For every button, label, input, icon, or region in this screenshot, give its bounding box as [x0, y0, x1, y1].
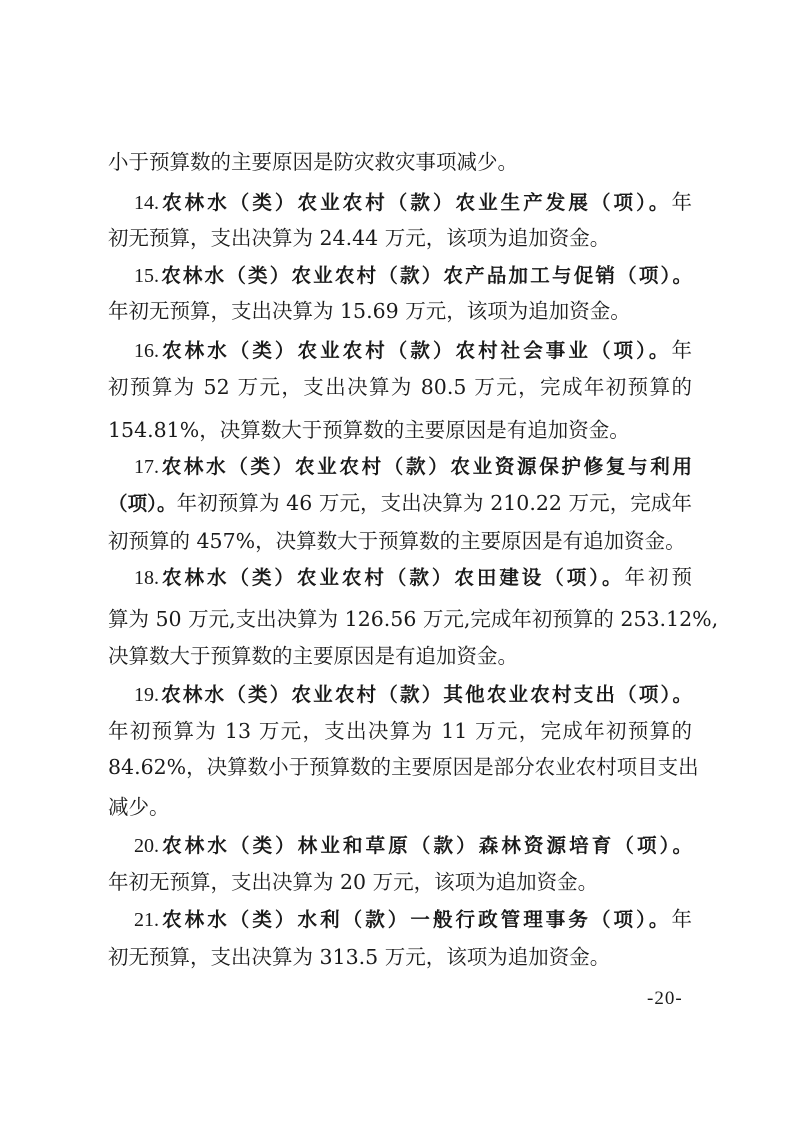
item-title: 农林水（类）农业农村（款）农业生产发展（项）。: [159, 191, 672, 214]
text: 决算数大于预算数的主要原因是有追加资金。: [108, 644, 518, 668]
item-17-heading: 17.农林水（类）农业农村（款）农业资源保护修复与利用: [134, 451, 692, 481]
item-21-heading: 21.农林水（类）水利（款）一般行政管理事务（项）。年: [134, 904, 692, 934]
item-19-body-2: 84.62%，决算数小于预算数的主要原因是部分农业农村项目支出: [108, 752, 692, 782]
text: 84.62%，决算数小于预算数的主要原因是部分农业农村项目支出: [108, 755, 699, 779]
text: 年初预: [625, 565, 692, 589]
text: 年初预算为 13 万元，支出决算为 11 万元，完成年初预算的: [108, 719, 692, 743]
item-18-heading: 18.农林水（类）农业农村（款）农田建设（项）。年初预: [134, 562, 692, 592]
text: 初预算为 52 万元，支出决算为 80.5 万元，完成年初预算的: [108, 375, 692, 399]
item-number: 16.: [134, 340, 159, 362]
item-title: 农林水（类）农业农村（款）其他农业农村支出（项）。: [159, 683, 692, 706]
item-number: 15.: [134, 265, 159, 287]
item-21-body: 初无预算，支出决算为 313.5 万元，该项为追加资金。: [108, 942, 692, 972]
text: 年初预算为 46 万元，支出决算为 210.22 万元，完成年: [177, 491, 692, 515]
text: 年: [672, 338, 693, 362]
item-title: 农林水（类）水利（款）一般行政管理事务（项）。: [159, 908, 672, 931]
text: 年: [672, 907, 693, 931]
item-number: 20.: [134, 835, 159, 857]
text: 年初无预算，支出决算为 15.69 万元，该项为追加资金。: [108, 299, 631, 323]
item-16-body-2: 154.81%，决算数大于预算数的主要原因是有追加资金。: [108, 415, 692, 445]
text: 初无预算，支出决算为 24.44 万元，该项为追加资金。: [108, 226, 610, 250]
item-17-body-2: 初预算的 457%，决算数大于预算数的主要原因是有追加资金。: [108, 526, 692, 556]
item-title: 农林水（类）林业和草原（款）森林资源培育（项）。: [159, 834, 692, 857]
text: 小于预算数的主要原因是防灾救灾事项减少。: [108, 150, 518, 174]
item-14-body: 初无预算，支出决算为 24.44 万元，该项为追加资金。: [108, 223, 692, 253]
item-15-body: 年初无预算，支出决算为 15.69 万元，该项为追加资金。: [108, 296, 692, 326]
item-18-body-1: 算为 50 万元,支出决算为 126.56 万元,完成年初预算的 253.12%…: [108, 604, 692, 634]
item-title: 农林水（类）农业农村（款）农田建设（项）。: [159, 566, 625, 589]
item-number: 21.: [134, 909, 159, 931]
text: 初预算的 457%，决算数大于预算数的主要原因是有追加资金。: [108, 529, 686, 553]
item-20-body: 年初无预算，支出决算为 20 万元，该项为追加资金。: [108, 867, 692, 897]
item-14-heading: 14.农林水（类）农业农村（款）农业生产发展（项）。年: [134, 187, 692, 217]
item-title: 农林水（类）农业农村（款）农产品加工与促销（项）。: [159, 264, 692, 287]
item-title: 农林水（类）农业农村（款）农村社会事业（项）。: [159, 339, 672, 362]
paragraph-continuation: 小于预算数的主要原因是防灾救灾事项减少。: [108, 147, 692, 177]
item-19-body-3: 减少。: [108, 792, 692, 822]
item-18-body-2: 决算数大于预算数的主要原因是有追加资金。: [108, 641, 692, 671]
text: 年初无预算，支出决算为 20 万元，该项为追加资金。: [108, 870, 598, 894]
text: 减少。: [108, 795, 170, 819]
page-number: -20-: [647, 988, 683, 1010]
item-16-body-1: 初预算为 52 万元，支出决算为 80.5 万元，完成年初预算的: [108, 372, 692, 402]
item-19-heading: 19.农林水（类）农业农村（款）其他农业农村支出（项）。: [134, 679, 692, 709]
item-number: 17.: [134, 456, 159, 478]
item-16-heading: 16.农林水（类）农业农村（款）农村社会事业（项）。年: [134, 335, 692, 365]
item-number: 19.: [134, 684, 159, 706]
item-20-heading: 20.农林水（类）林业和草原（款）森林资源培育（项）。: [134, 830, 692, 860]
text: 初无预算，支出决算为 313.5 万元，该项为追加资金。: [108, 945, 610, 969]
item-19-body-1: 年初预算为 13 万元，支出决算为 11 万元，完成年初预算的: [108, 716, 692, 746]
text: 算为 50 万元,支出决算为 126.56 万元,完成年初预算的 253.12%…: [108, 607, 718, 631]
item-title-cont: （项）。: [108, 492, 177, 515]
text: 年: [672, 190, 693, 214]
item-title: 农林水（类）农业农村（款）农业资源保护修复与利用: [159, 455, 692, 478]
item-number: 18.: [134, 567, 159, 589]
text: 154.81%，决算数大于预算数的主要原因是有追加资金。: [108, 418, 630, 442]
item-17-body-1: （项）。年初预算为 46 万元，支出决算为 210.22 万元，完成年: [108, 488, 692, 518]
item-15-heading: 15.农林水（类）农业农村（款）农产品加工与促销（项）。: [134, 260, 692, 290]
item-number: 14.: [134, 192, 159, 214]
